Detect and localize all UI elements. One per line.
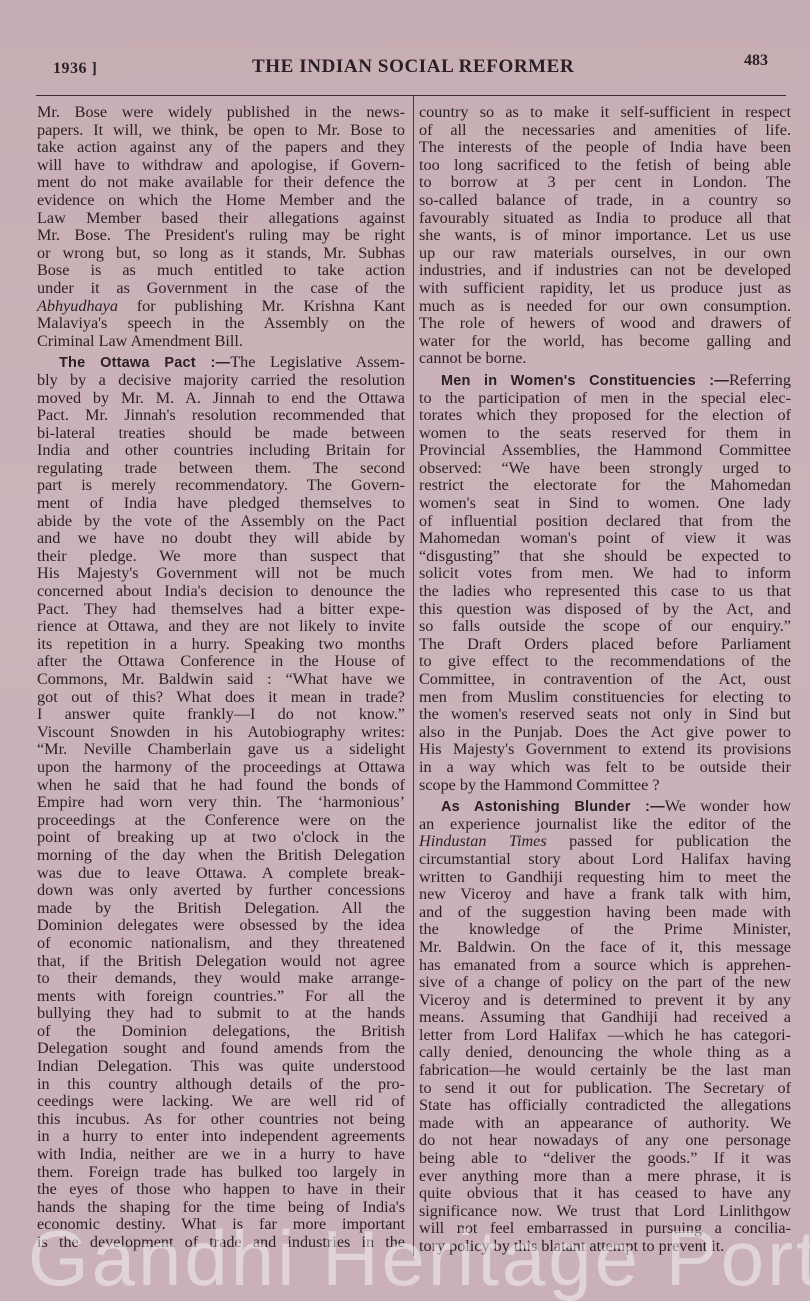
text-line: is the development of trade and industri… [37, 1234, 405, 1252]
text-line: ment do not make available for their def… [37, 174, 405, 192]
text-line: made with an appearance of authority. We [419, 1115, 791, 1133]
newspaper-name-hindustan-times: Hindustan Times [419, 832, 547, 850]
text-line: torates which they proposed for the elec… [419, 407, 791, 425]
text-line: significance now. We trust that Lord Lin… [419, 1203, 791, 1221]
ottawa-body: bly by a decisive majority carried the r… [37, 372, 405, 1252]
text-line: Mr. Bose were widely published in the ne… [37, 104, 405, 122]
text-line: Indian Delegation. This was quite unders… [37, 1058, 405, 1076]
text-line: industries, and if industries can not be… [419, 262, 791, 280]
newspaper-name-abhyudhaya: Abhyudhaya [37, 297, 118, 315]
text-line: Dominion delegates were obsessed by the … [37, 917, 405, 935]
section-heading-men-in-womens-constituencies: Men in Women's Constituencies :— [441, 373, 729, 389]
text-line: Bose is as much entitled to take action [37, 262, 405, 280]
text-line: abide by the vote of the Assembly on the… [37, 513, 405, 531]
text-line: tory policy by this blatant attempt to p… [419, 1238, 791, 1256]
text-line: Viscount Snowden in his Autobiography wr… [37, 724, 405, 742]
text-line: Empire had worn very thin. The ‘harmonio… [37, 794, 405, 812]
text-line: hands the shaping for the time being of … [37, 1199, 405, 1217]
text-line: the eyes of those who happen to have in … [37, 1181, 405, 1199]
text-line: also in the Punjab. Does the Act give po… [419, 724, 791, 742]
text-line: part is merely recommendatory. The Gover… [37, 477, 405, 495]
text-line: much as is needed for our own consumptio… [419, 298, 791, 316]
text-line: The role of hewers of wood and drawers o… [419, 315, 791, 333]
text-line: papers. It will, we think, be open to Mr… [37, 122, 405, 140]
text-line: has emanated from a source which is appr… [419, 957, 791, 975]
text-line: she wants, is of minor importance. Let u… [419, 227, 791, 245]
text-line: do not hear nowadays of any one personag… [419, 1132, 791, 1150]
publication-title: THE INDIAN SOCIAL REFORMER [252, 56, 574, 78]
text-line: As Astonishing Blunder :—We wonder how [419, 798, 791, 816]
article-bose-continuation: Mr. Bose were widely published in the ne… [37, 104, 405, 350]
text-line: point of breaking up at two o'clock in t… [37, 829, 405, 847]
text-line: ments with foreign countries.” For all t… [37, 988, 405, 1006]
text-line: Criminal Law Amendment Bill. [37, 333, 405, 351]
article-astonishing-blunder: As Astonishing Blunder :—We wonder how a… [419, 798, 791, 1255]
text-line: evidence on which the Home Member and th… [37, 192, 405, 210]
text-line: scope by the Hammond Committee ? [419, 777, 791, 795]
text-line: this incubus. As for other countries not… [37, 1111, 405, 1129]
text-line: will not feel embarrassed in pursuing a … [419, 1220, 791, 1238]
women-body: to the participation of men in the speci… [419, 390, 791, 795]
text-line: its repetition in a hurry. Speaking two … [37, 636, 405, 654]
text-line: men from Muslim constituencies for elect… [419, 689, 791, 707]
text-line: Hindustan Times passed for publication t… [419, 833, 791, 851]
text-line: or wrong but, so long as it stands, Mr. … [37, 245, 405, 263]
left-column: Mr. Bose were widely published in the ne… [37, 104, 405, 1252]
text-line: ever anything more than a mere phrase, i… [419, 1168, 791, 1186]
text-line: got out of this? What does it mean in tr… [37, 689, 405, 707]
right-column: country so as to make it self-sufficient… [419, 104, 791, 1256]
text-line: His Majesty's Government to extend its p… [419, 741, 791, 759]
text-line: the women's reserved seats not only in S… [419, 706, 791, 724]
text-line: India and other countries including Brit… [37, 442, 405, 460]
article-men-in-womens-constituencies: Men in Women's Constituencies :—Referrin… [419, 372, 791, 794]
text-line: State has officially contradicted the al… [419, 1097, 791, 1115]
text-line: of influential position declared that fr… [419, 513, 791, 531]
text-line: that, if the British Delegation would no… [37, 953, 405, 971]
header-year: 1936 ] [53, 60, 97, 78]
text-line: to their demands, they would make arrang… [37, 970, 405, 988]
text-line: Provincial Assemblies, the Hammond Commi… [419, 442, 791, 460]
text-line: country so as to make it self-sufficient… [419, 104, 791, 122]
text-line: Commons, Mr. Baldwin said : “What have w… [37, 671, 405, 689]
text-line: Law Member based their allegations again… [37, 210, 405, 228]
text-line: in a hurry to enter into independent agr… [37, 1128, 405, 1146]
text-line: fabrication—he would certainly be the la… [419, 1062, 791, 1080]
text-line: water for the world, has become galling … [419, 333, 791, 351]
text-line: the ladies who represented this case to … [419, 583, 791, 601]
text-line: rience at Ottawa, and they are not likel… [37, 618, 405, 636]
text-line: in this country although details of the … [37, 1076, 405, 1094]
text-line: women to the seats reserved for them in [419, 425, 791, 443]
text-line: proceedings at the Conference were on th… [37, 812, 405, 830]
text-line: this question was disposed of by the Act… [419, 601, 791, 619]
text-line: ment of India have pledged themselves to [37, 495, 405, 513]
blunder-body: circumstantial story about Lord Halifax … [419, 851, 791, 1256]
text-line: observed: “We have been strongly urged t… [419, 460, 791, 478]
text-line: too long sacrificed to the fetish of bei… [419, 157, 791, 175]
text-line: solicit votes from men. We had to inform [419, 565, 791, 583]
text-line: Malaviya's speech in the Assembly on the [37, 315, 405, 333]
text-line: with India, neither are we in a hurry to… [37, 1146, 405, 1164]
text-line: to the participation of men in the speci… [419, 390, 791, 408]
text-line: letter from Lord Halifax —which he has c… [419, 1027, 791, 1045]
text-line: so falls outside the scope of our enquir… [419, 618, 791, 636]
text-line: The interests of the people of India hav… [419, 139, 791, 157]
text-line: The Ottawa Pact :—The Legislative Assem- [37, 354, 405, 372]
text-line: cannot be borne. [419, 350, 791, 368]
text-line: morning of the day when the British Dele… [37, 847, 405, 865]
text-line: His Majesty's Government will not be muc… [37, 565, 405, 583]
text-line: to send it out for publication. The Secr… [419, 1080, 791, 1098]
text-line: down was only averted by further concess… [37, 882, 405, 900]
section-heading-ottawa-pact: The Ottawa Pact :— [59, 355, 230, 371]
text-line: to give effect to the recommendations of… [419, 653, 791, 671]
text-line: of the Dominion delegations, the British [37, 1023, 405, 1041]
text-line: The Draft Orders placed before Parliamen… [419, 636, 791, 654]
text-line: ceedings were lacking. We are well rid o… [37, 1093, 405, 1111]
text-line: them. Foreign trade has bulked too large… [37, 1164, 405, 1182]
text-line: bly by a decisive majority carried the r… [37, 372, 405, 390]
text-line: upon the harmony of the proceedings at O… [37, 759, 405, 777]
text-line: “Mr. Neville Chamberlain gave us a sidel… [37, 741, 405, 759]
text-line: of all the necessaries and amenities of … [419, 122, 791, 140]
text-line: regulating trade between them. The secon… [37, 460, 405, 478]
text-line: bullying they had to submit to at the ha… [37, 1005, 405, 1023]
text-line: after the Ottawa Conference in the House… [37, 653, 405, 671]
text-line: and of the suggestion having been made w… [419, 904, 791, 922]
text-line: in a way which was felt to be outside th… [419, 759, 791, 777]
section-heading-astonishing-blunder: As Astonishing Blunder :— [441, 799, 665, 815]
text-line: Committee, in contravention of the Act, … [419, 671, 791, 689]
text-line: Abhyudhaya for publishing Mr. Krishna Ka… [37, 298, 405, 316]
text-line: Viceroy and is determined to prevent it … [419, 992, 791, 1010]
text-line: Mr. Baldwin. On the face of it, this mes… [419, 939, 791, 957]
text-line: and we have no doubt they will abide by [37, 530, 405, 548]
article-ottawa-pact: The Ottawa Pact :—The Legislative Assem-… [37, 354, 405, 1251]
text-line: Mr. Bose. The President's ruling may be … [37, 227, 405, 245]
text-line: favourably situated as India to produce … [419, 210, 791, 228]
text-line: made by the British Delegation. All the [37, 900, 405, 918]
text-line: was due to leave Ottawa. A complete brea… [37, 865, 405, 883]
header-rule [36, 95, 786, 96]
text-line: being able to “deliver the goods.” If it… [419, 1150, 791, 1168]
text-line: economic destiny. What is far more impor… [37, 1216, 405, 1234]
text-line: new Viceroy and have a frank talk with h… [419, 886, 791, 904]
text-line: take action against any of the papers an… [37, 139, 405, 157]
text-line: their pledge. We more than suspect that [37, 548, 405, 566]
text-line: when he said that he had found the bonds… [37, 777, 405, 795]
text-line: of economic nationalism, and they threat… [37, 935, 405, 953]
page-number: 483 [744, 52, 768, 70]
running-header: 1936 ] THE INDIAN SOCIAL REFORMER 483 [0, 52, 810, 82]
text-line: will have to withdraw and apologise, if … [37, 157, 405, 175]
text-line: sive of a change of policy on the part o… [419, 974, 791, 992]
article-trade-continuation: country so as to make it self-sufficient… [419, 104, 791, 368]
newspaper-page: 1936 ] THE INDIAN SOCIAL REFORMER 483 Mr… [0, 0, 810, 1301]
text-line: written to Gandhiji requesting him to me… [419, 869, 791, 887]
text-line: quite obvious that it has ceased to have… [419, 1185, 791, 1203]
text-line: restrict the electorate for the Mahomeda… [419, 477, 791, 495]
text-line: the knowledge of the Prime Minister, [419, 921, 791, 939]
text-line: concerned about India's decision to deno… [37, 583, 405, 601]
text-line: circumstantial story about Lord Halifax … [419, 851, 791, 869]
text-line: to borrow at 3 per cent in London. The [419, 174, 791, 192]
text-line: I answer quite frankly—I do not know.” [37, 706, 405, 724]
text-line: Delegation sought and found amends from … [37, 1040, 405, 1058]
text-line: cally denied, denouncing the whole thing… [419, 1044, 791, 1062]
text-line: bi-lateral treaties should be made betwe… [37, 425, 405, 443]
text-line: Pact. They had themselves had a bitter e… [37, 601, 405, 619]
text-line: Men in Women's Constituencies :—Referrin… [419, 372, 791, 390]
text-line: Mahomedan woman's point of view it was [419, 530, 791, 548]
text-line: “disgusting” that she should be expected… [419, 548, 791, 566]
text-line: up our raw materials ourselves, in our o… [419, 245, 791, 263]
text-line: an experience journalist like the editor… [419, 816, 791, 834]
text-line: so-called balance of trade, in a country… [419, 192, 791, 210]
column-divider [413, 96, 414, 1256]
text-line: with sufficient rapidity, let us produce… [419, 280, 791, 298]
text-line: women's seat in Sind to women. One lady [419, 495, 791, 513]
text-line: means. Assuming that Gandhiji had receiv… [419, 1009, 791, 1027]
text-line: moved by Mr. M. A. Jinnah to end the Ott… [37, 390, 405, 408]
text-line: Pact. Mr. Jinnah's resolution recommende… [37, 407, 405, 425]
text-line: under it as Government in the case of th… [37, 280, 405, 298]
